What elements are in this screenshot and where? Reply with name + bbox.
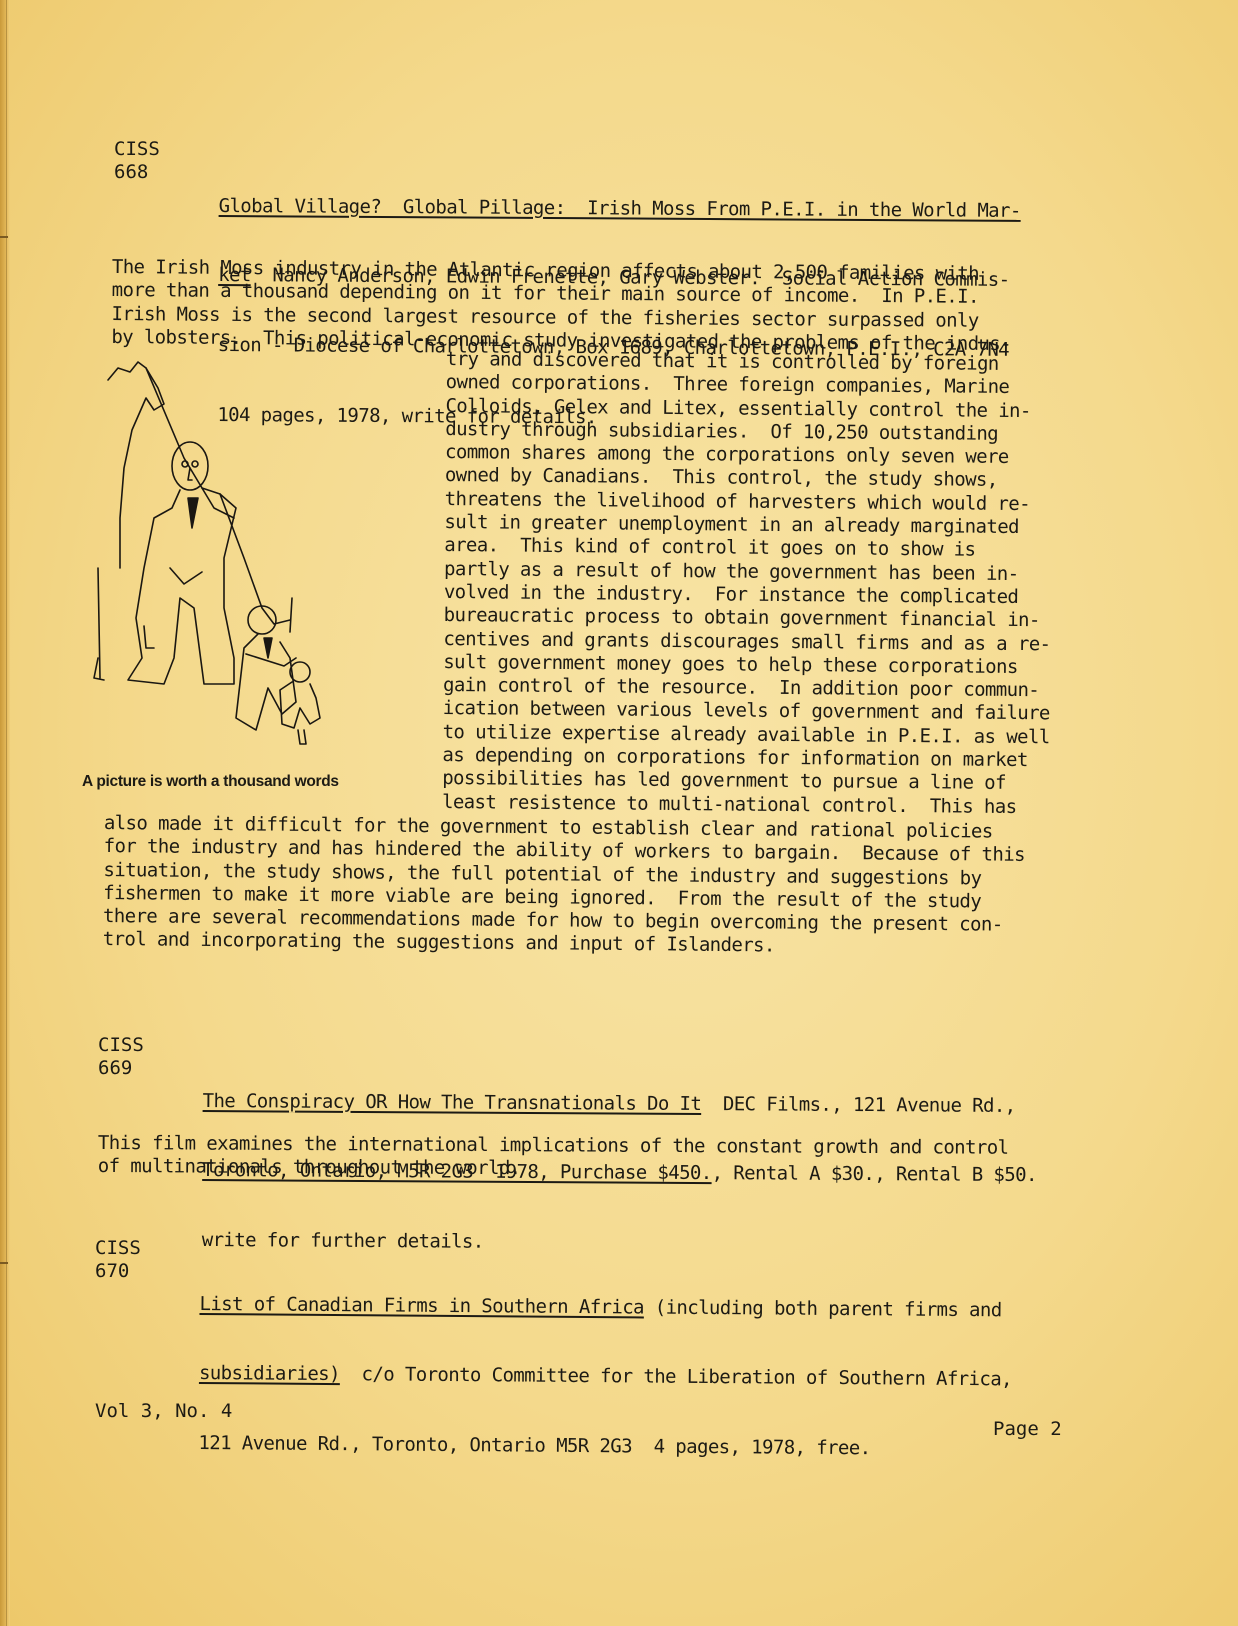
citation-text: (including both parent firms and (644, 1296, 1002, 1321)
entry-title: The Conspiracy OR How The Transnationals… (203, 1090, 702, 1115)
ciss-number: 670 (95, 1260, 141, 1283)
entry-title: subsidiaries) (199, 1362, 340, 1385)
page-spine-edge (0, 0, 10, 1626)
entry-669-id: CISS 669 (98, 1034, 144, 1080)
cartoon-illustration (84, 358, 424, 758)
entry-670-id: CISS 670 (95, 1237, 141, 1283)
citation-text: 121 Avenue Rd., Toronto, Ontario M5R 2G3… (198, 1432, 870, 1459)
binding-mark (0, 1262, 8, 1264)
ciss-label: CISS (114, 138, 160, 161)
entry-668-summary-wrapped: try and discovered that it is controlled… (442, 348, 1053, 819)
entry-670-citation: List of Canadian Firms in Southern Afric… (198, 1246, 1013, 1509)
volume-number: Vol 3, No. 4 (95, 1400, 232, 1422)
entry-669-summary: This film examines the international imp… (98, 1132, 1009, 1183)
ciss-label: CISS (95, 1237, 141, 1260)
entry-title: Global Village? Global Pillage: Irish Mo… (219, 195, 1021, 222)
ciss-number: 668 (114, 161, 160, 184)
text-line: of multinationals throughout the world. (98, 1155, 1009, 1183)
scanned-page: CISS 668 Global Village? Global Pillage:… (0, 0, 1238, 1626)
binding-mark (0, 236, 8, 238)
entry-668-summary-top: The Irish Moss industry in the Atlantic … (111, 256, 1011, 356)
citation-text: c/o Toronto Committee for the Liberation… (340, 1364, 1012, 1391)
entry-668-id: CISS 668 (114, 138, 160, 184)
text-line: least resistence to multi-national contr… (442, 791, 1049, 820)
fold-line (6, 0, 7, 1626)
citation-text: DEC Films., 121 Avenue Rd., (701, 1093, 1015, 1117)
illustration-caption: A picture is worth a thousand words (82, 773, 339, 791)
ciss-label: CISS (98, 1034, 144, 1057)
entry-title: List of Canadian Firms in Southern Afric… (199, 1293, 644, 1318)
page-number: Page 2 (993, 1418, 1062, 1440)
entry-668-summary-bottom: also made it difficult for the governmen… (103, 812, 1026, 961)
ciss-number: 669 (98, 1057, 144, 1080)
